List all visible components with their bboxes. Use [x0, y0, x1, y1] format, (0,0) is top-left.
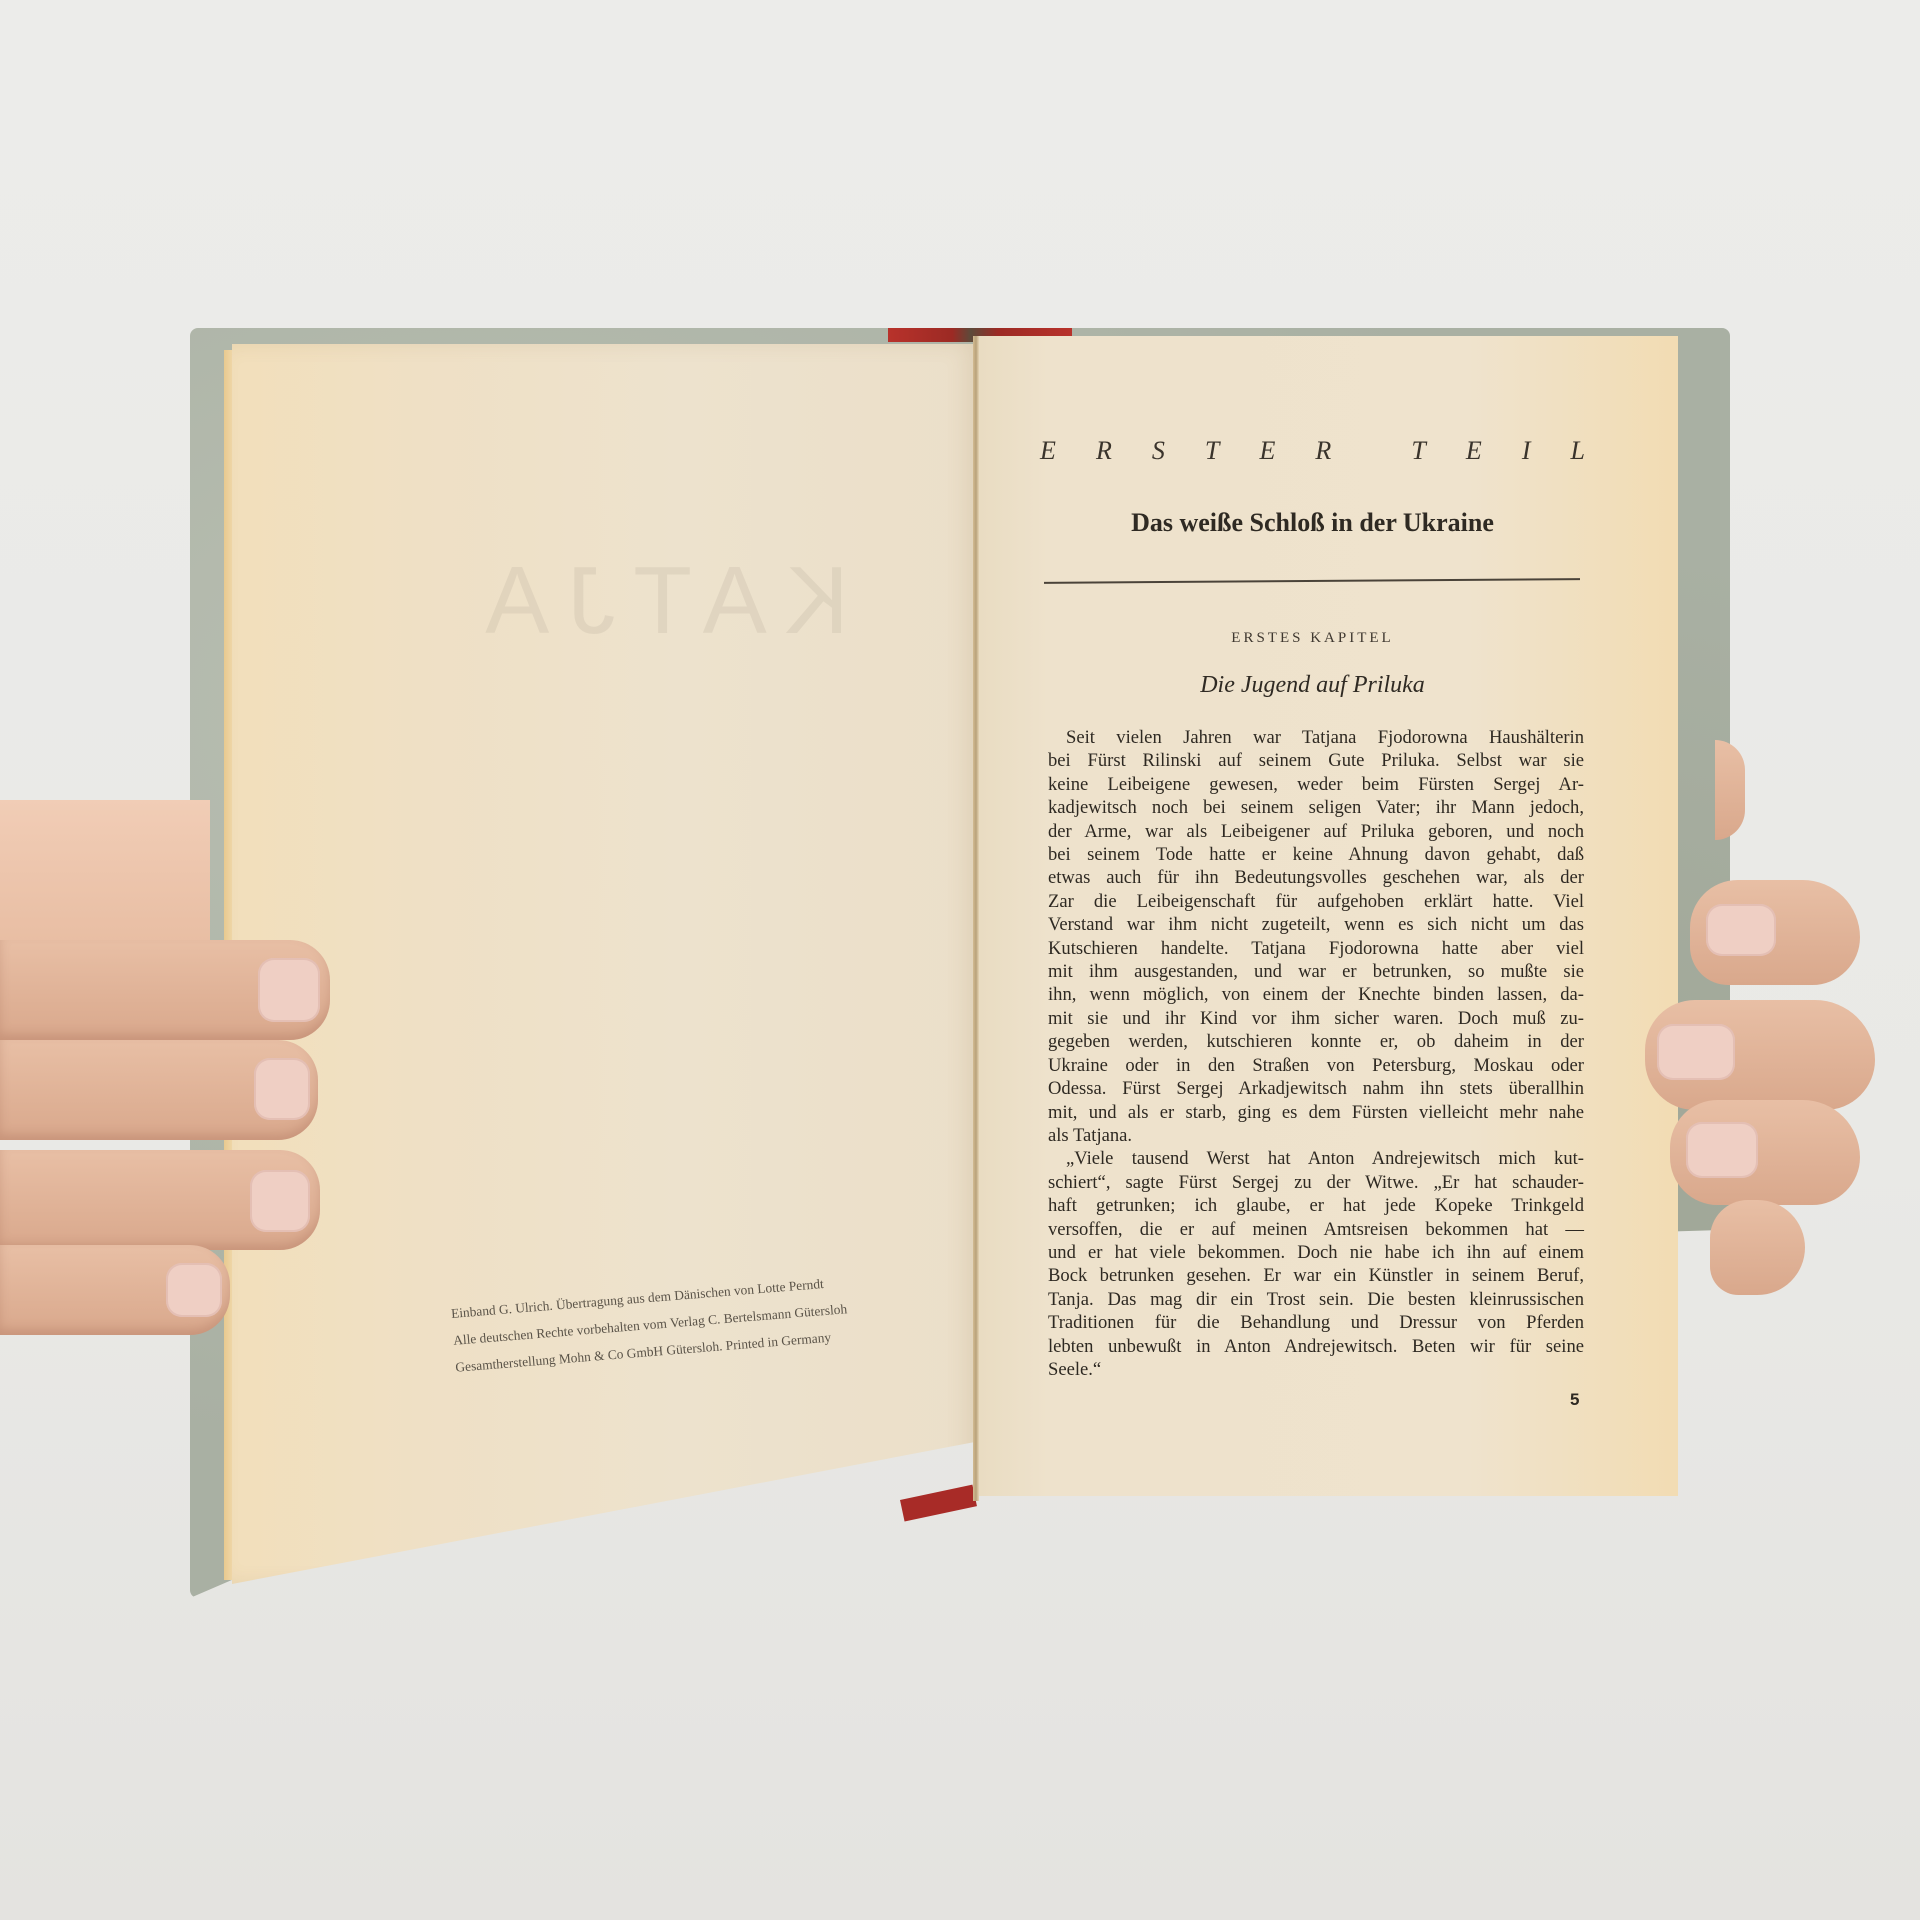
- part-title-letter: E: [1466, 436, 1482, 466]
- text-line: Bock betrunken gesehen. Er war ein Künst…: [1048, 1264, 1584, 1287]
- text-line: Odessa. Fürst Sergej Arkadjewitsch nahm …: [1048, 1077, 1584, 1100]
- part-title-letter: T: [1205, 436, 1219, 466]
- text-line: bei Fürst Rilinski auf seinem Gute Prilu…: [1048, 749, 1584, 772]
- left-page: [232, 344, 978, 1584]
- left-hand-finger: [0, 1040, 318, 1140]
- photo-scene: KATJA Einband G. Ulrich. Übertragung aus…: [0, 0, 1920, 1920]
- text-line: als Tatjana.: [1048, 1124, 1584, 1147]
- text-line: mit sie und ihr Kind vor ihm sicher ware…: [1048, 1007, 1584, 1030]
- text-line: Tanja. Das mag dir ein Trost sein. Die b…: [1048, 1288, 1584, 1311]
- part-title-letter: E: [1040, 436, 1056, 466]
- text-line: Seele.“: [1048, 1358, 1584, 1381]
- part-title-letter: T: [1411, 436, 1425, 466]
- left-hand-finger: [0, 1150, 320, 1250]
- chapter-label: ERSTES KAPITEL: [1040, 630, 1585, 647]
- book-gutter: [973, 336, 979, 1501]
- book-headband-bottom: [900, 1485, 977, 1522]
- left-hand-finger: [0, 1245, 230, 1335]
- fingernail: [254, 1058, 310, 1120]
- text-line: versoffen, die er auf meinen Amtsreisen …: [1048, 1218, 1584, 1241]
- right-hand-finger: [1710, 1200, 1805, 1295]
- fingernail: [166, 1263, 222, 1317]
- text-line: der Arme, war als Leibeigener auf Priluk…: [1048, 820, 1584, 843]
- part-title-letter: R: [1315, 436, 1331, 466]
- text-line: „Viele tausend Werst hat Anton Andrejewi…: [1048, 1147, 1584, 1170]
- text-line: gegeben werden, kutschieren konnte er, o…: [1048, 1030, 1584, 1053]
- text-line: Kutschieren handelte. Tatjana Fjodorowna…: [1048, 937, 1584, 960]
- text-line: und er hat viele bekommen. Doch nie habe…: [1048, 1241, 1584, 1264]
- text-line: ihn, wenn möglich, von einem der Knechte…: [1048, 983, 1584, 1006]
- text-line: Verstand war ihm nicht zugeteilt, wenn e…: [1048, 913, 1584, 936]
- text-line: Zar die Leibeigenschaft für aufgehoben e…: [1048, 890, 1584, 913]
- text-line: haft getrunken; ich glaube, er hat jede …: [1048, 1194, 1584, 1217]
- part-title: E R S T E R T E I L: [1040, 436, 1585, 466]
- text-line: mit ihm ausgestanden, und war er betrunk…: [1048, 960, 1584, 983]
- page-number: 5: [1570, 1390, 1579, 1410]
- text-line: schiert“, sagte Fürst Sergej zu der Witw…: [1048, 1171, 1584, 1194]
- fingernail: [1657, 1024, 1735, 1080]
- fingernail: [1686, 1122, 1758, 1178]
- right-hand-thumb: [1715, 740, 1745, 840]
- text-line: etwas auch für ihn Bedeutungsvolles gesc…: [1048, 866, 1584, 889]
- part-title-letter: R: [1096, 436, 1112, 466]
- text-line: keine Leibeigene gewesen, weder beim Für…: [1048, 773, 1584, 796]
- show-through-title: KATJA: [448, 546, 868, 656]
- fingernail: [1706, 904, 1776, 956]
- chapter-title: Die Jugend auf Priluka: [1040, 672, 1585, 699]
- right-hand-finger: [1690, 880, 1860, 985]
- right-hand-finger: [1670, 1100, 1860, 1205]
- body-text: Seit vielen Jahren war Tatjana Fjodorown…: [1048, 726, 1584, 1381]
- part-title-letter: E: [1259, 436, 1275, 466]
- text-line: Ukraine oder in den Straßen von Petersbu…: [1048, 1054, 1584, 1077]
- part-title-letter: L: [1571, 436, 1585, 466]
- left-hand-finger: [0, 940, 330, 1040]
- text-line: mit, und als er starb, ging es dem Fürst…: [1048, 1101, 1584, 1124]
- text-line: Seit vielen Jahren war Tatjana Fjodorown…: [1048, 726, 1584, 749]
- text-line: Traditionen für die Behandlung und Dress…: [1048, 1311, 1584, 1334]
- text-line: bei seinem Tode hatte er keine Ahnung da…: [1048, 843, 1584, 866]
- part-title-letter: S: [1152, 436, 1165, 466]
- fingernail: [250, 1170, 310, 1232]
- text-line: lebten unbewußt in Anton Andrejewitsch. …: [1048, 1335, 1584, 1358]
- section-title: Das weiße Schloß in der Ukraine: [1040, 508, 1585, 538]
- text-line: kadjewitsch noch bei seinem seligen Vate…: [1048, 796, 1584, 819]
- fingernail: [258, 958, 320, 1022]
- part-title-letter: I: [1522, 436, 1531, 466]
- right-hand-finger: [1645, 1000, 1875, 1110]
